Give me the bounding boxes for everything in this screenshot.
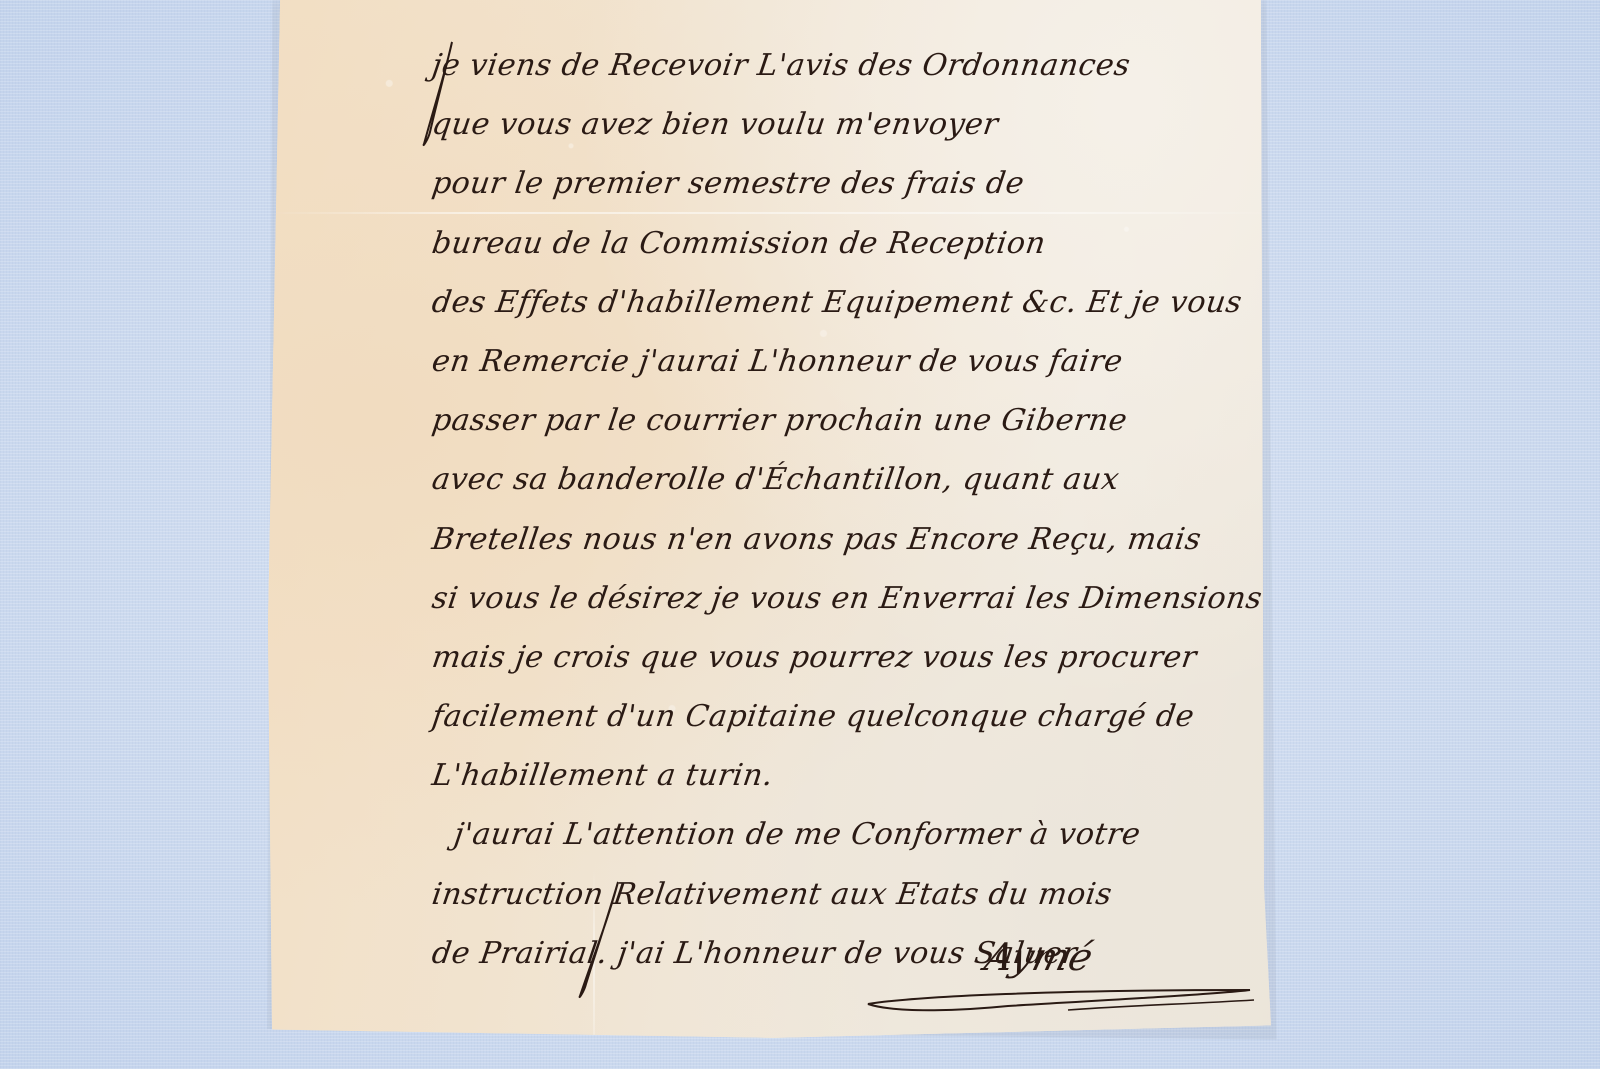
letter-line: passer par le courrier prochain une Gibe… [428, 391, 1256, 450]
letter-line: si vous le désirez je vous en Enverrai l… [428, 569, 1256, 628]
letter-line: instruction Relativement aux Etats du mo… [428, 865, 1256, 924]
letter-line: facilement d'un Capitaine quelconque cha… [428, 687, 1256, 746]
signature-flourish [858, 960, 1258, 1020]
letter-line: en Remercie j'aurai L'honneur de vous fa… [428, 332, 1256, 391]
letter-line: j'aurai L'attention de me Conformer à vo… [428, 805, 1256, 864]
letter-line: des Effets d'habillement Equipement &c. … [428, 273, 1256, 332]
letter-body: je viens de Recevoir L'avis des Ordonnan… [428, 36, 1248, 983]
letter-line: avec sa banderolle d'Échantillon, quant … [428, 450, 1256, 509]
letter-line: L'habillement a turin. [428, 746, 1256, 805]
letter-line: que vous avez bien voulu m'envoyer [428, 95, 1256, 154]
letter-line: bureau de la Commission de Reception [428, 214, 1256, 273]
letter-line: pour le premier semestre des frais de [428, 154, 1256, 213]
letter-line: mais je crois que vous pourrez vous les … [428, 628, 1256, 687]
letter-paper: je viens de Recevoir L'avis des Ordonnan… [268, 0, 1278, 1042]
letter-line: Bretelles nous n'en avons pas Encore Reç… [428, 510, 1256, 569]
letter-line: je viens de Recevoir L'avis des Ordonnan… [428, 36, 1256, 95]
pen-flourish-j-closing [568, 880, 628, 1000]
